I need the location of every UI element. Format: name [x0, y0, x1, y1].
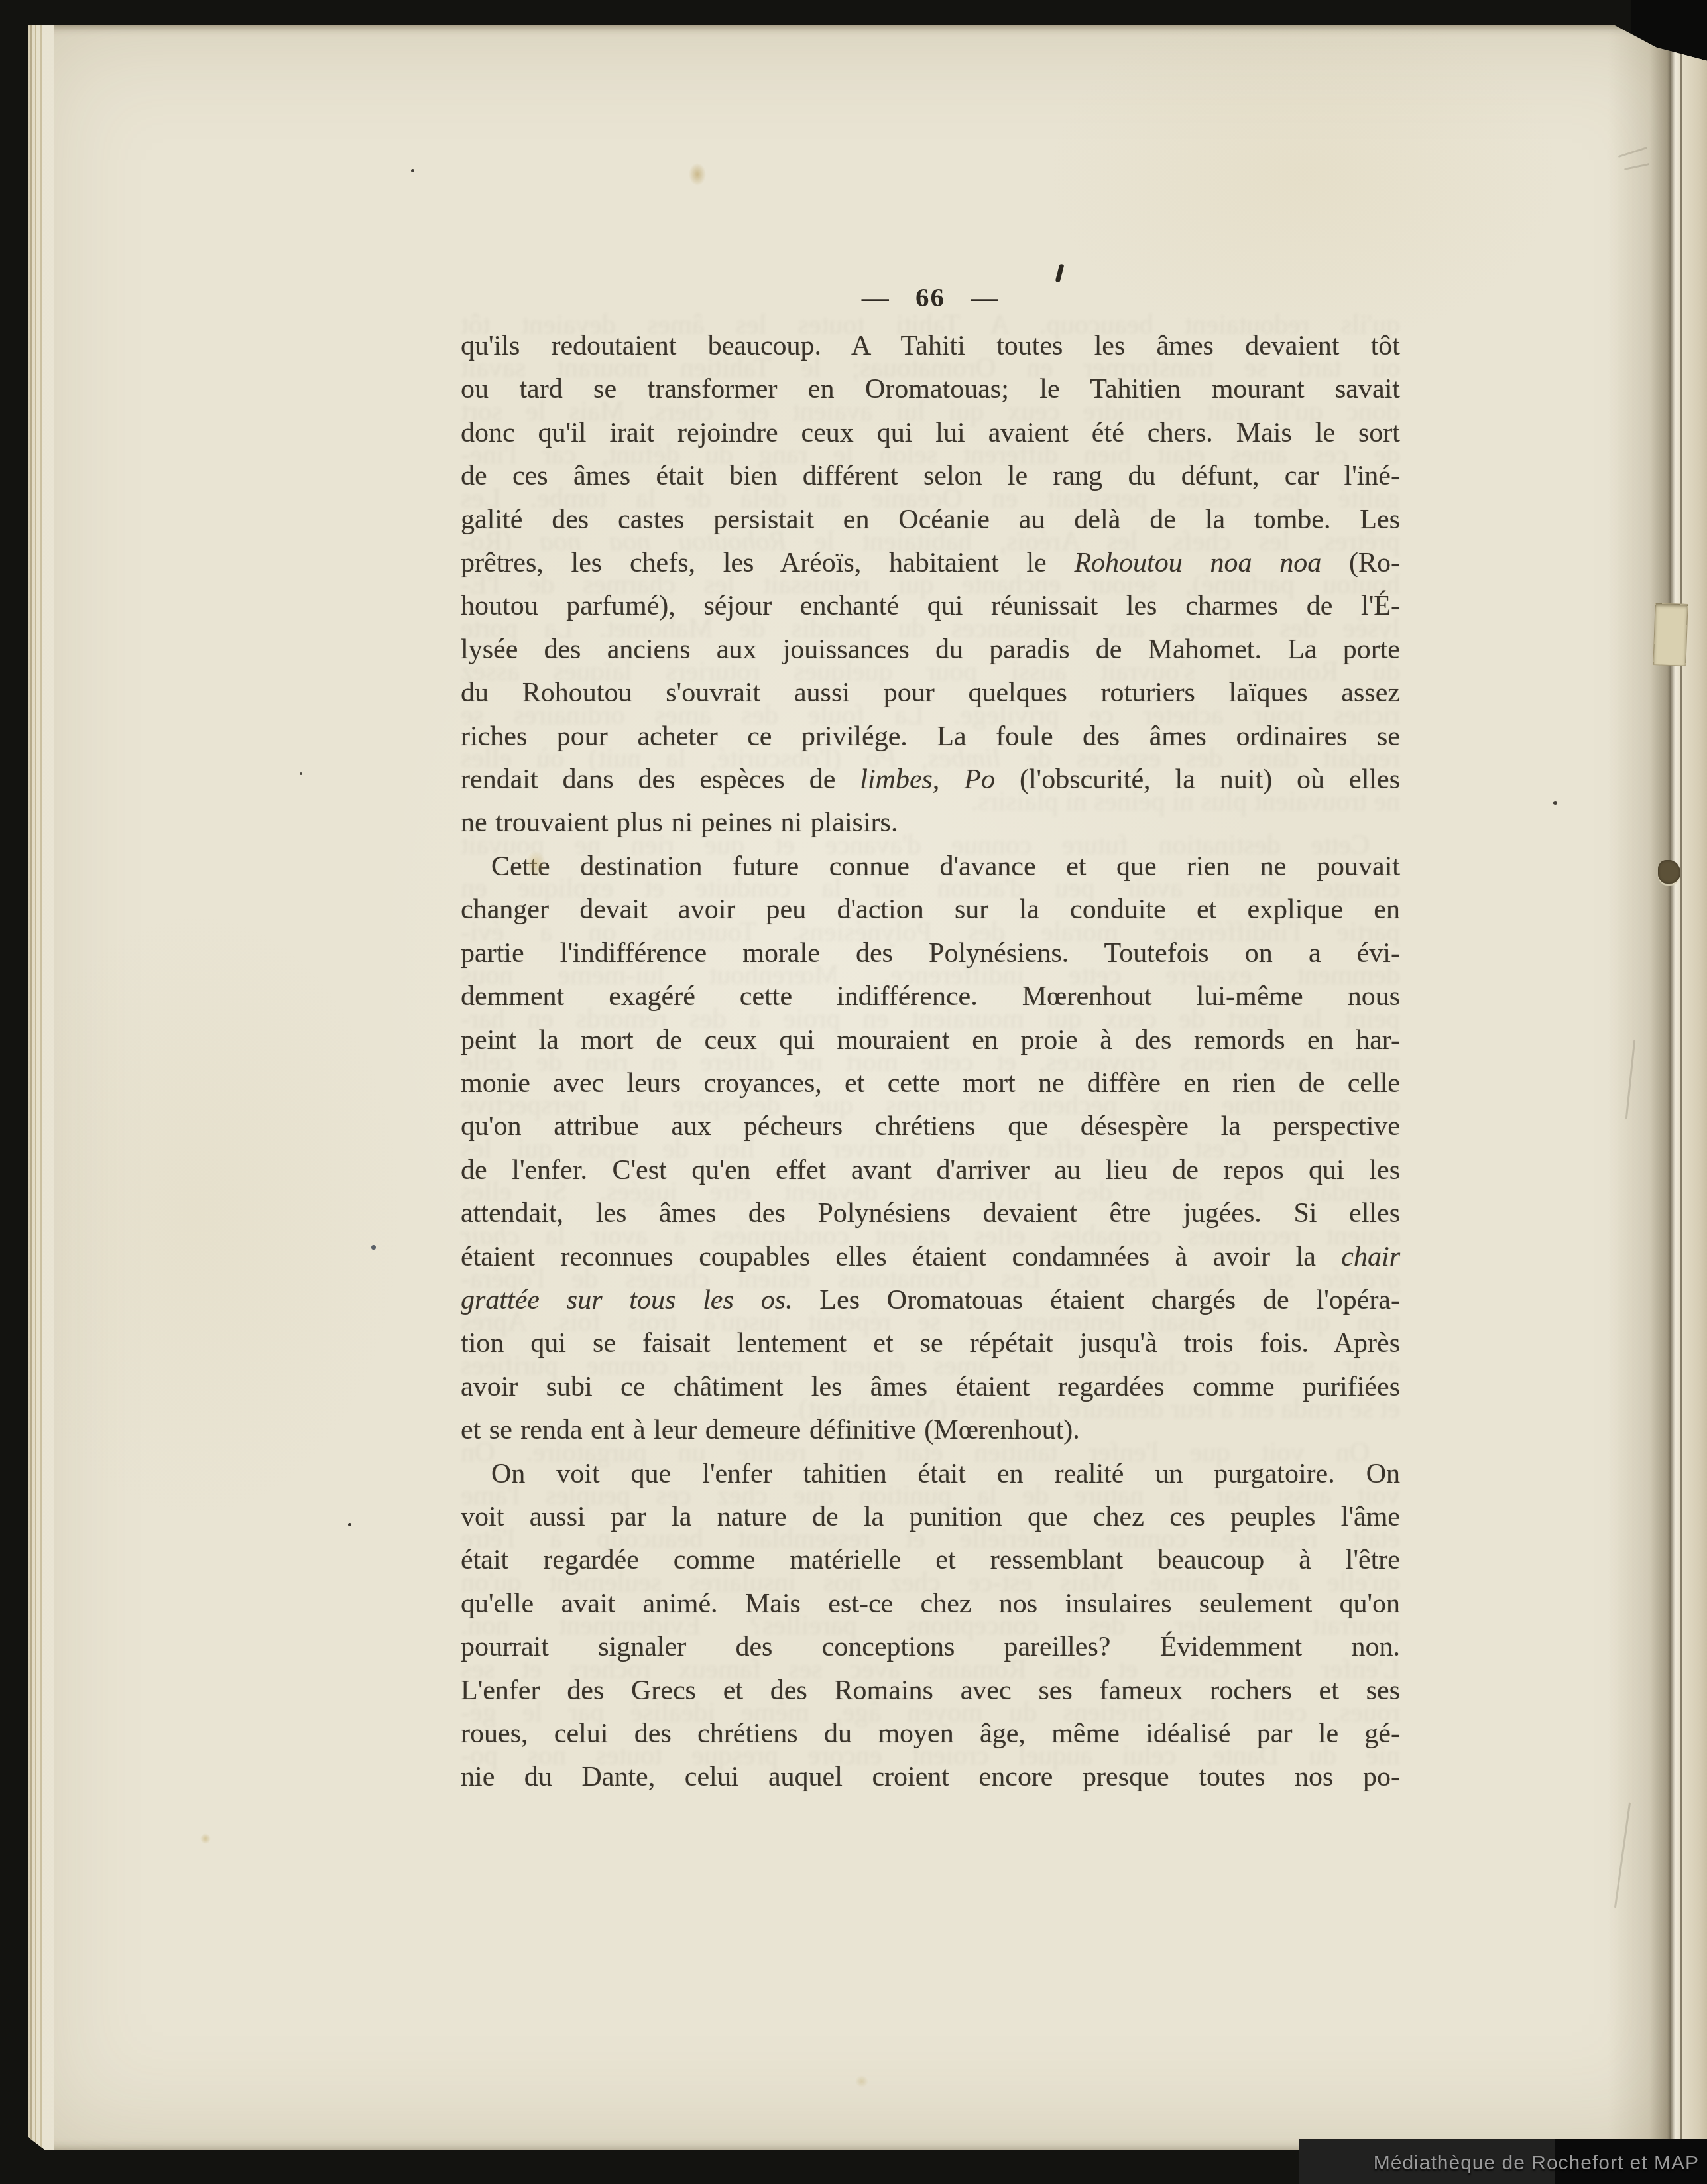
text-line: rendait dans des espèces de limbes, Po (…	[461, 758, 1400, 802]
binding-knot	[1658, 860, 1680, 884]
text-line: lysée des anciens aux jouissances du par…	[461, 629, 1400, 672]
text-line: de ces âmes était bien différent selon l…	[461, 455, 1400, 498]
text-line: grattée sur tous les os. Les Oromatouas …	[461, 1279, 1400, 1322]
text-line: du Rohoutou s'ouvrait aussi pour quelque…	[461, 672, 1400, 715]
text-block: qu'ils redoutaient beaucoup. A Tahiti to…	[461, 325, 1400, 1799]
text-line: qu'on attribue aux pécheurs chrétiens qu…	[461, 1105, 1400, 1148]
text-line: houtou parfumé), séjour enchanté qui réu…	[461, 585, 1400, 628]
stain-spot	[689, 163, 706, 186]
text-line: nie du Dante, celui auquel croient encor…	[461, 1756, 1400, 1799]
text-line: ne trouvaient plus ni peines ni plaisirs…	[461, 802, 1400, 845]
text-line: et se renda ent à leur demeure définitiv…	[461, 1409, 1400, 1452]
text-line: peint la mort de ceux qui mouraient en p…	[461, 1019, 1400, 1062]
text-line: attendait, les âmes des Polynésiens deva…	[461, 1192, 1400, 1235]
ink-speck	[300, 772, 302, 775]
stain-spot	[855, 2075, 868, 2087]
text-line: partie l'indifférence morale des Polynés…	[461, 932, 1400, 975]
text-line: qu'elle avait animé. Mais est-ce chez no…	[461, 1583, 1400, 1626]
watermark-label: Médiathèque de Rochefort et MAP	[1374, 2152, 1699, 2175]
ink-speck	[371, 1245, 376, 1250]
text-line: L'enfer des Grecs et des Romains avec se…	[461, 1669, 1400, 1713]
text-line: donc qu'il irait rejoindre ceux qui lui …	[461, 412, 1400, 455]
gutter-crease	[1680, 44, 1682, 2150]
text-line: riches pour acheter ce privilége. La fou…	[461, 715, 1400, 758]
page-number-header: — 66 —	[461, 281, 1400, 313]
text-line: voit aussi par la nature de la punition …	[461, 1496, 1400, 1539]
text-line: roues, celui des chrétiens du moyen âge,…	[461, 1713, 1400, 1756]
page-edge-stack	[28, 25, 54, 2150]
text-line: qu'ils redoutaient beaucoup. A Tahiti to…	[461, 325, 1400, 368]
text-line: avoir subi ce châtiment les âmes étaient…	[461, 1366, 1400, 1409]
text-line: était regardée comme matérielle et resse…	[461, 1539, 1400, 1582]
ink-speck	[348, 1523, 351, 1526]
book-page: — 66 — qu'ils redoutaient beaucoup. A Ta…	[28, 25, 1707, 2150]
text-line: galité des castes persistait en Océanie …	[461, 499, 1400, 542]
stain-spot	[200, 1833, 211, 1844]
ink-speck	[1553, 801, 1557, 805]
stray-ink-mark	[1055, 264, 1065, 283]
binding-thread	[1653, 603, 1688, 666]
text-line: pourrait signaler des conceptions pareil…	[461, 1626, 1400, 1669]
text-line: étaient reconnues coupables elles étaien…	[461, 1236, 1400, 1279]
text-line: tion qui se faisait lentement et se répé…	[461, 1322, 1400, 1365]
text-line: de l'enfer. C'est qu'en effet avant d'ar…	[461, 1149, 1400, 1192]
text-line: monie avec leurs croyances, et cette mor…	[461, 1062, 1400, 1105]
ink-speck	[411, 169, 414, 172]
text-line: Cette destination future connue d'avance…	[461, 845, 1400, 888]
book-gutter	[1608, 25, 1707, 2150]
text-line: changer devait avoir peu d'action sur la…	[461, 888, 1400, 932]
text-line: prêtres, les chefs, les Aréoïs, habitaie…	[461, 542, 1400, 585]
text-line: demment exagéré cette indifférence. Mœre…	[461, 975, 1400, 1018]
text-line: On voit que l'enfer tahitien était en re…	[461, 1453, 1400, 1496]
scanned-document-view: — 66 — qu'ils redoutaient beaucoup. A Ta…	[0, 0, 1707, 2184]
text-line: ou tard se transformer en Oromatouas; le…	[461, 368, 1400, 411]
